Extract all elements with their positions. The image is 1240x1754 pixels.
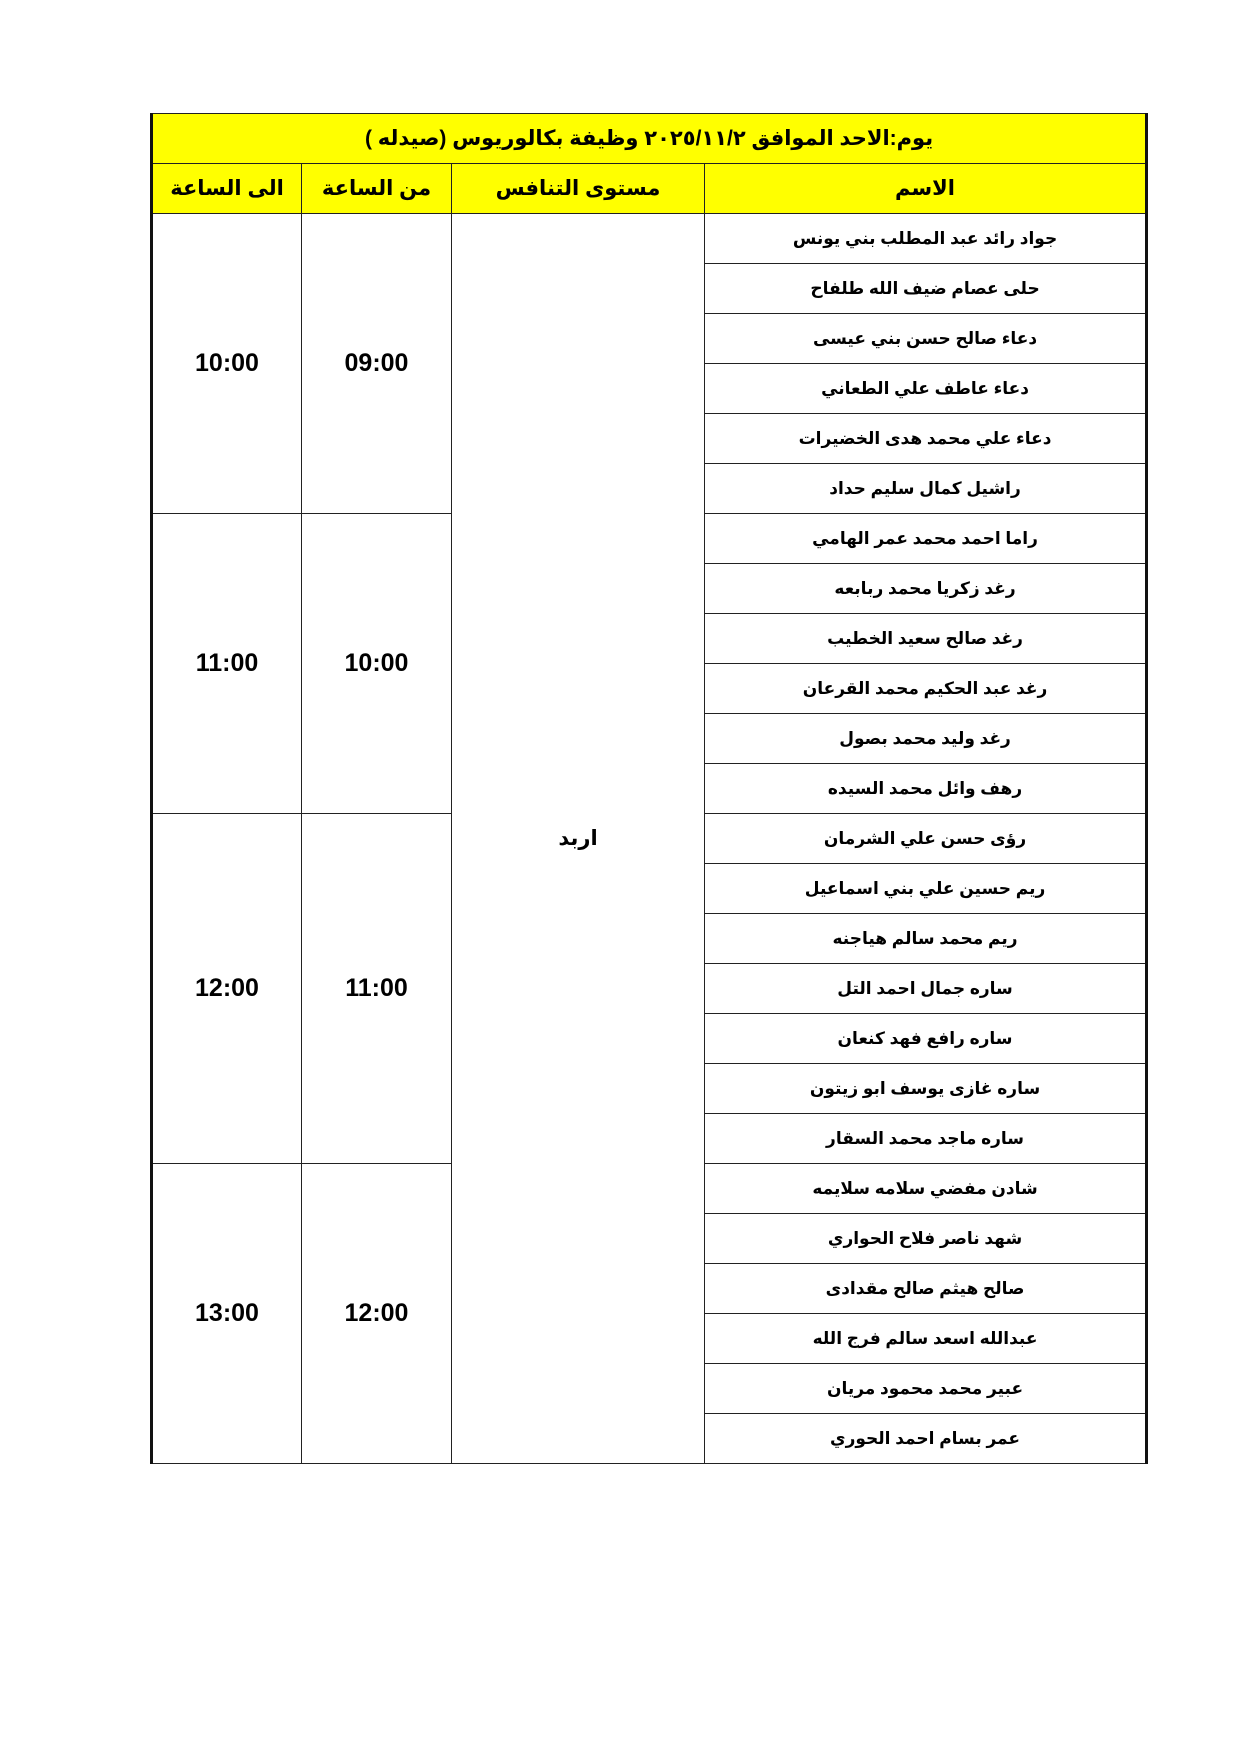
candidate-name-cell: عمر بسام احمد الحوري xyxy=(705,1414,1147,1464)
candidate-name-cell: دعاء عاطف علي الطعاني xyxy=(705,364,1147,414)
candidate-name-cell: ريم محمد سالم هياجنه xyxy=(705,914,1147,964)
header-to-time: الى الساعة xyxy=(152,164,302,214)
candidate-name-cell: جواد رائد عبد المطلب بني يونس xyxy=(705,214,1147,264)
candidate-name-cell: راما احمد محمد عمر الهامي xyxy=(705,514,1147,564)
candidate-name-cell: دعاء علي محمد هدى الخضيرات xyxy=(705,414,1147,464)
from-time-cell: 12:00 xyxy=(302,1164,452,1464)
candidate-name-cell: ريم حسين علي بني اسماعيل xyxy=(705,864,1147,914)
to-time-cell: 11:00 xyxy=(152,514,302,814)
candidate-name-cell: رغد عبد الحكيم محمد القرعان xyxy=(705,664,1147,714)
candidate-name-cell: ساره ماجد محمد السقار xyxy=(705,1114,1147,1164)
from-time-cell: 11:00 xyxy=(302,814,452,1164)
candidate-name-cell: راشيل كمال سليم حداد xyxy=(705,464,1147,514)
candidate-name-cell: رؤى حسن علي الشرمان xyxy=(705,814,1147,864)
candidate-name-cell: حلى عصام ضيف الله طلفاح xyxy=(705,264,1147,314)
from-time-cell: 09:00 xyxy=(302,214,452,514)
candidate-name-cell: ساره رافع فهد كنعان xyxy=(705,1014,1147,1064)
candidate-name-cell: ساره غازى يوسف ابو زيتون xyxy=(705,1064,1147,1114)
candidate-name-cell: عبدالله اسعد سالم فرج الله xyxy=(705,1314,1147,1364)
candidate-name-cell: شادن مفضي سلامه سلايمه xyxy=(705,1164,1147,1214)
schedule-sheet: يوم:الاحد الموافق ٢٠٢٥/١١/٢ وظيفة بكالور… xyxy=(150,113,1145,1464)
competition-level-cell: اربد xyxy=(452,214,705,1464)
candidate-name-cell: دعاء صالح حسن بني عيسى xyxy=(705,314,1147,364)
title-row: يوم:الاحد الموافق ٢٠٢٥/١١/٢ وظيفة بكالور… xyxy=(152,114,1147,164)
candidate-name-cell: رغد صالح سعيد الخطيب xyxy=(705,614,1147,664)
header-from-time: من الساعة xyxy=(302,164,452,214)
document-title: يوم:الاحد الموافق ٢٠٢٥/١١/٢ وظيفة بكالور… xyxy=(152,114,1147,164)
table-row: 10:0009:00اربدجواد رائد عبد المطلب بني ي… xyxy=(152,214,1147,264)
candidate-name-cell: شهد ناصر فلاح الحواري xyxy=(705,1214,1147,1264)
candidate-name-cell: ساره جمال احمد التل xyxy=(705,964,1147,1014)
to-time-cell: 10:00 xyxy=(152,214,302,514)
header-row: الى الساعة من الساعة مستوى التنافس الاسم xyxy=(152,164,1147,214)
candidate-name-cell: عبير محمد محمود مريان xyxy=(705,1364,1147,1414)
candidate-name-cell: رغد زكريا محمد ربابعه xyxy=(705,564,1147,614)
header-name: الاسم xyxy=(705,164,1147,214)
candidate-name-cell: رهف وائل محمد السيده xyxy=(705,764,1147,814)
schedule-table: يوم:الاحد الموافق ٢٠٢٥/١١/٢ وظيفة بكالور… xyxy=(150,113,1148,1464)
header-level: مستوى التنافس xyxy=(452,164,705,214)
from-time-cell: 10:00 xyxy=(302,514,452,814)
candidate-name-cell: رغد وليد محمد بصول xyxy=(705,714,1147,764)
candidate-name-cell: صالح هيثم صالح مقدادى xyxy=(705,1264,1147,1314)
to-time-cell: 12:00 xyxy=(152,814,302,1164)
to-time-cell: 13:00 xyxy=(152,1164,302,1464)
